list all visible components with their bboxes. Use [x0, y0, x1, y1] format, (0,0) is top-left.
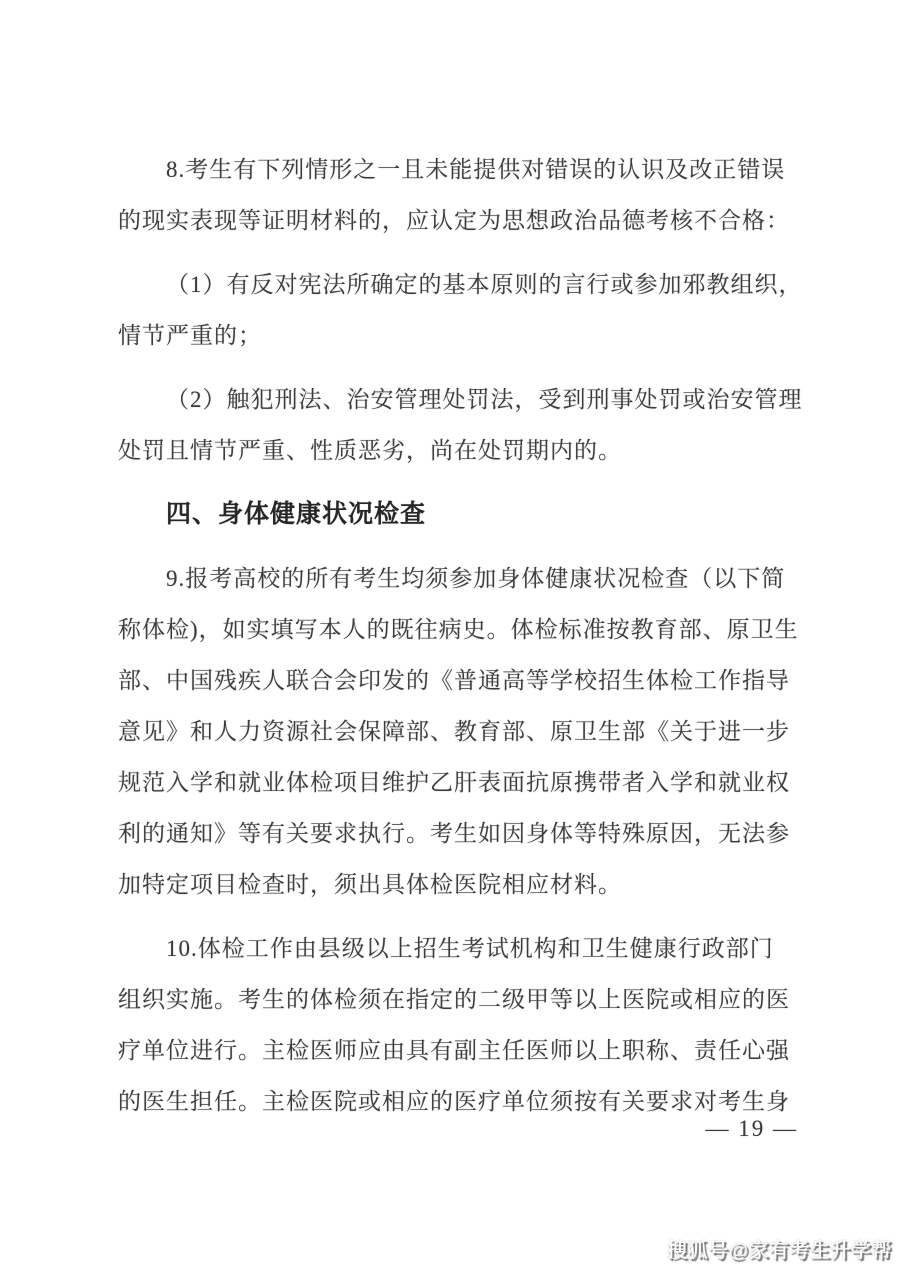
paragraph-10: 10.体检工作由县级以上招生考试机构和卫生健康行政部门 组织实施。考生的体检须在… — [118, 923, 812, 1127]
paragraph-8: 8.考生有下列情形之一且未能提供对错误的认识及改正错误 的现实表现等证明材料的，… — [118, 144, 812, 246]
text-line: 意见》和人力资源社会保障部、教育部、原卫生部《关于进一步 — [118, 706, 812, 757]
text-line: （1）有反对宪法所确定的基本原则的言行或参加邪教组织， — [118, 259, 812, 310]
text-line: 的现实表现等证明材料的，应认定为思想政治品德考核不合格： — [118, 195, 812, 246]
text-line: 加特定项目检查时，须出具体检医院相应材料。 — [118, 859, 812, 910]
text-line: 称体检)，如实填写本人的既往病史。体检标准按教育部、原卫生 — [118, 604, 812, 655]
paragraph-item-1: （1）有反对宪法所确定的基本原则的言行或参加邪教组织， 情节严重的； — [118, 259, 812, 361]
text-line: 10.体检工作由县级以上招生考试机构和卫生健康行政部门 — [118, 923, 812, 974]
text-line: （2）触犯刑法、治安管理处罚法，受到刑事处罚或治安管理 — [118, 374, 812, 425]
text-line: 规范入学和就业体检项目维护乙肝表面抗原携带者入学和就业权 — [118, 757, 812, 808]
page-number: — 19 — — [706, 1116, 799, 1142]
text-line: 利的通知》等有关要求执行。考生如因身体等特殊原因，无法参 — [118, 808, 812, 859]
text-line: 8.考生有下列情形之一且未能提供对错误的认识及改正错误 — [118, 144, 812, 195]
text-line: 处罚且情节严重、性质恶劣，尚在处罚期内的。 — [118, 425, 812, 476]
document-page: 8.考生有下列情形之一且未能提供对错误的认识及改正错误 的现实表现等证明材料的，… — [0, 0, 900, 1273]
paragraph-9: 9.报考高校的所有考生均须参加身体健康状况检查（以下简 称体检)，如实填写本人的… — [118, 553, 812, 910]
document-body: 8.考生有下列情形之一且未能提供对错误的认识及改正错误 的现实表现等证明材料的，… — [118, 144, 812, 1140]
paragraph-item-2: （2）触犯刑法、治安管理处罚法，受到刑事处罚或治安管理 处罚且情节严重、性质恶劣… — [118, 374, 812, 476]
section-heading: 四、身体健康状况检查 — [118, 489, 812, 540]
text-line: 部、中国残疾人联合会印发的《普通高等学校招生体检工作指导 — [118, 655, 812, 706]
watermark: 搜狐号@家有考生升学帮 — [667, 1234, 892, 1263]
text-line: 组织实施。考生的体检须在指定的二级甲等以上医院或相应的医 — [118, 974, 812, 1025]
text-line: 情节严重的； — [118, 310, 812, 361]
text-line: 9.报考高校的所有考生均须参加身体健康状况检查（以下简 — [118, 553, 812, 604]
text-line: 疗单位进行。主检医师应由具有副主任医师以上职称、责任心强 — [118, 1025, 812, 1076]
